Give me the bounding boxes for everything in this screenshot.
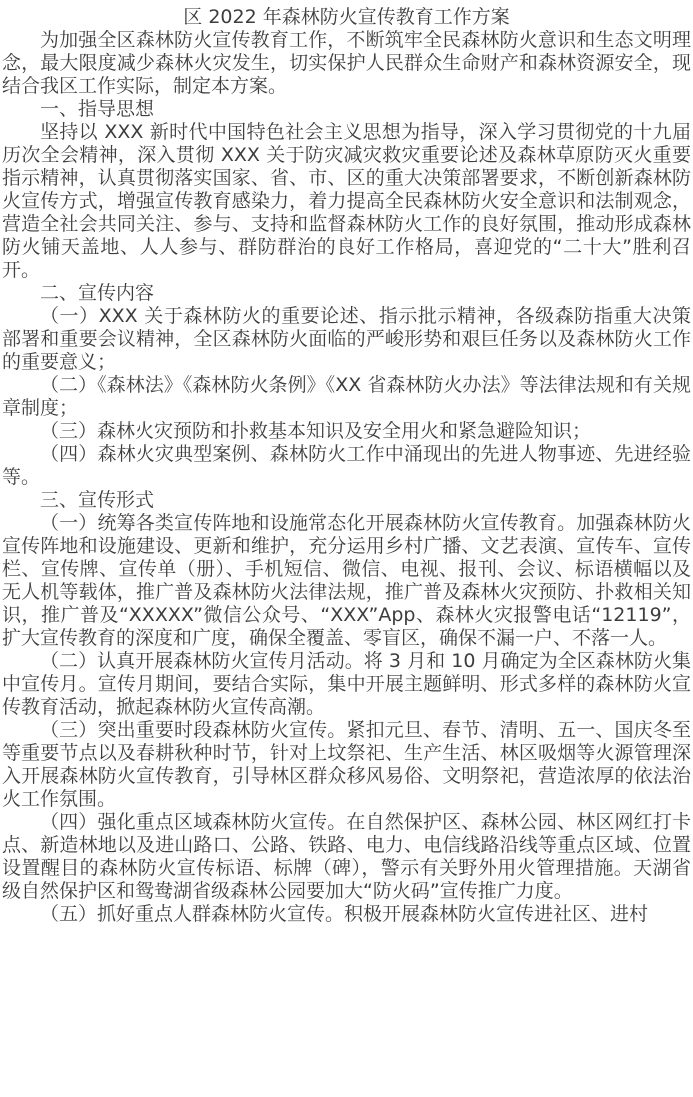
paragraph: （三）森林火灾预防和扑救基本知识及安全用火和紧急避险知识； [2, 420, 691, 443]
paragraph: 二、宣传内容 [2, 282, 691, 305]
paragraph: （五）抓好重点人群森林防火宣传。积极开展森林防火宣传进社区、进村 [2, 903, 691, 926]
paragraph: （二）认真开展森林防火宣传月活动。将 3 月和 10 月确定为全区森林防火集中宣… [2, 650, 691, 719]
paragraph: （一）统筹各类宣传阵地和设施常态化开展森林防火宣传教育。加强森林防火宣传阵地和设… [2, 512, 691, 650]
paragraph: 为加强全区森林防火宣传教育工作，不断筑牢全民森林防火意识和生态文明理念，最大限度… [2, 29, 691, 98]
paragraph: 坚持以 XXX 新时代中国特色社会主义思想为指导，深入学习贯彻党的十九届历次全会… [2, 121, 691, 282]
paragraph: 一、指导思想 [2, 98, 691, 121]
document-body: 为加强全区森林防火宣传教育工作，不断筑牢全民森林防火意识和生态文明理念，最大限度… [2, 29, 691, 926]
paragraph: （一）XXX 关于森林防火的重要论述、指示批示精神，各级森防指重大决策部署和重要… [2, 305, 691, 374]
paragraph: （四）森林火灾典型案例、森林防火工作中涌现出的先进人物事迹、先进经验等。 [2, 443, 691, 489]
document-page: 区 2022 年森林防火宣传教育工作方案 为加强全区森林防火宣传教育工作，不断筑… [0, 0, 693, 926]
paragraph: （四）强化重点区域森林防火宣传。在自然保护区、森林公园、林区网红打卡点、新造林地… [2, 811, 691, 903]
paragraph: （三）突出重要时段森林防火宣传。紧扣元旦、春节、清明、五一、国庆冬至等重要节点以… [2, 719, 691, 811]
document-title: 区 2022 年森林防火宣传教育工作方案 [2, 6, 691, 29]
paragraph: 三、宣传形式 [2, 489, 691, 512]
paragraph: （二）《森林法》《森林防火条例》《XX 省森林防火办法》等法律法规和有关规章制度… [2, 374, 691, 420]
